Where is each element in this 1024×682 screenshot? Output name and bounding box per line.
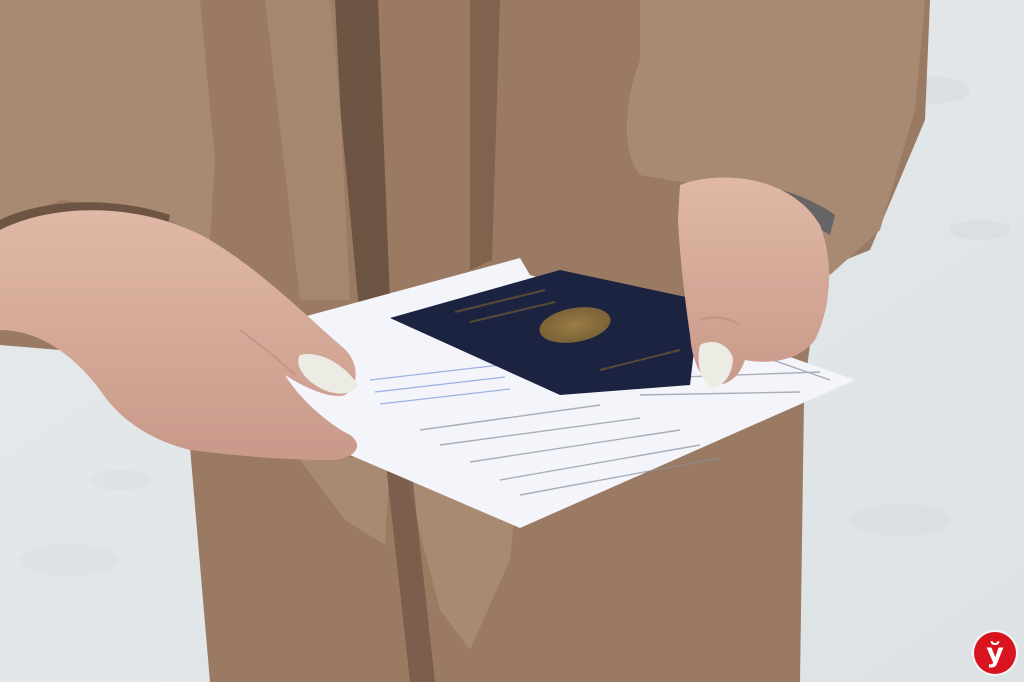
watermark-logo: ў xyxy=(974,632,1016,674)
watermark-glyph: ў xyxy=(986,640,1004,667)
photo xyxy=(0,0,1024,682)
photo-scene: ў Hands holding a document and a passpor… xyxy=(0,0,1024,682)
